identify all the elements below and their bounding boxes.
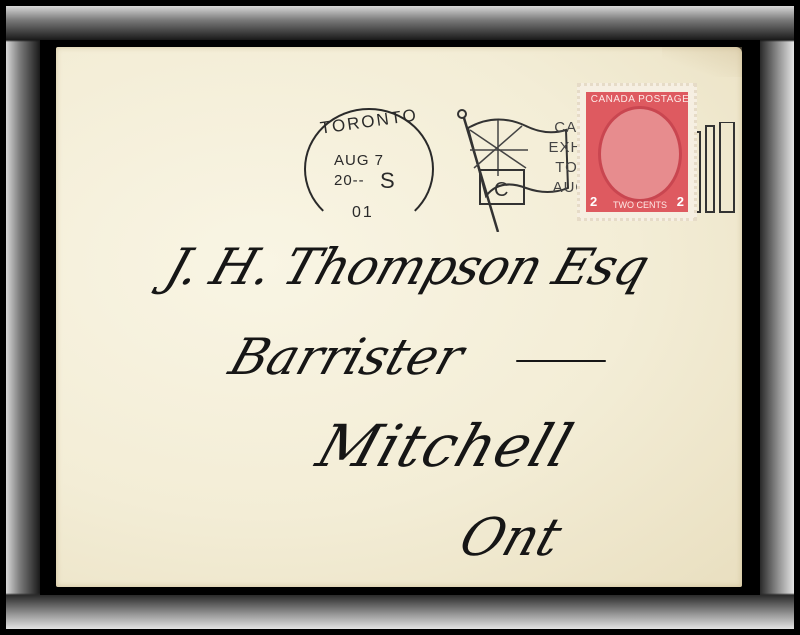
postmark-year: 01 bbox=[352, 204, 374, 222]
postage-stamp: CANADA POSTAGE TWO CENTS 2 2 bbox=[577, 83, 697, 221]
toronto-postmark: TORONTO AUG 7 20-- S 01 bbox=[304, 108, 434, 230]
postmark-date: AUG 7 bbox=[334, 152, 384, 169]
stamp-denomination-right: 2 bbox=[677, 194, 684, 209]
envelope-crease bbox=[662, 47, 742, 77]
postmark-letter: S bbox=[380, 168, 395, 194]
address-province: Ont bbox=[452, 508, 569, 568]
stamp-denomination-left: 2 bbox=[590, 194, 597, 209]
cancel-bars-icon bbox=[690, 122, 738, 214]
queen-victoria-portrait bbox=[598, 106, 682, 202]
stamp-value-text: TWO CENTS bbox=[590, 200, 690, 210]
address-town: Mitchell bbox=[309, 412, 582, 480]
address-title: Barrister bbox=[223, 328, 471, 386]
pen-stroke bbox=[516, 360, 606, 362]
stamp-face: CANADA POSTAGE TWO CENTS 2 2 bbox=[586, 92, 688, 212]
postmark-time: 20-- bbox=[334, 172, 365, 189]
flag-letter: C bbox=[494, 179, 508, 201]
address-name: J. H. Thompson Esq bbox=[159, 238, 656, 296]
stamp-country: CANADA POSTAGE bbox=[590, 94, 690, 105]
